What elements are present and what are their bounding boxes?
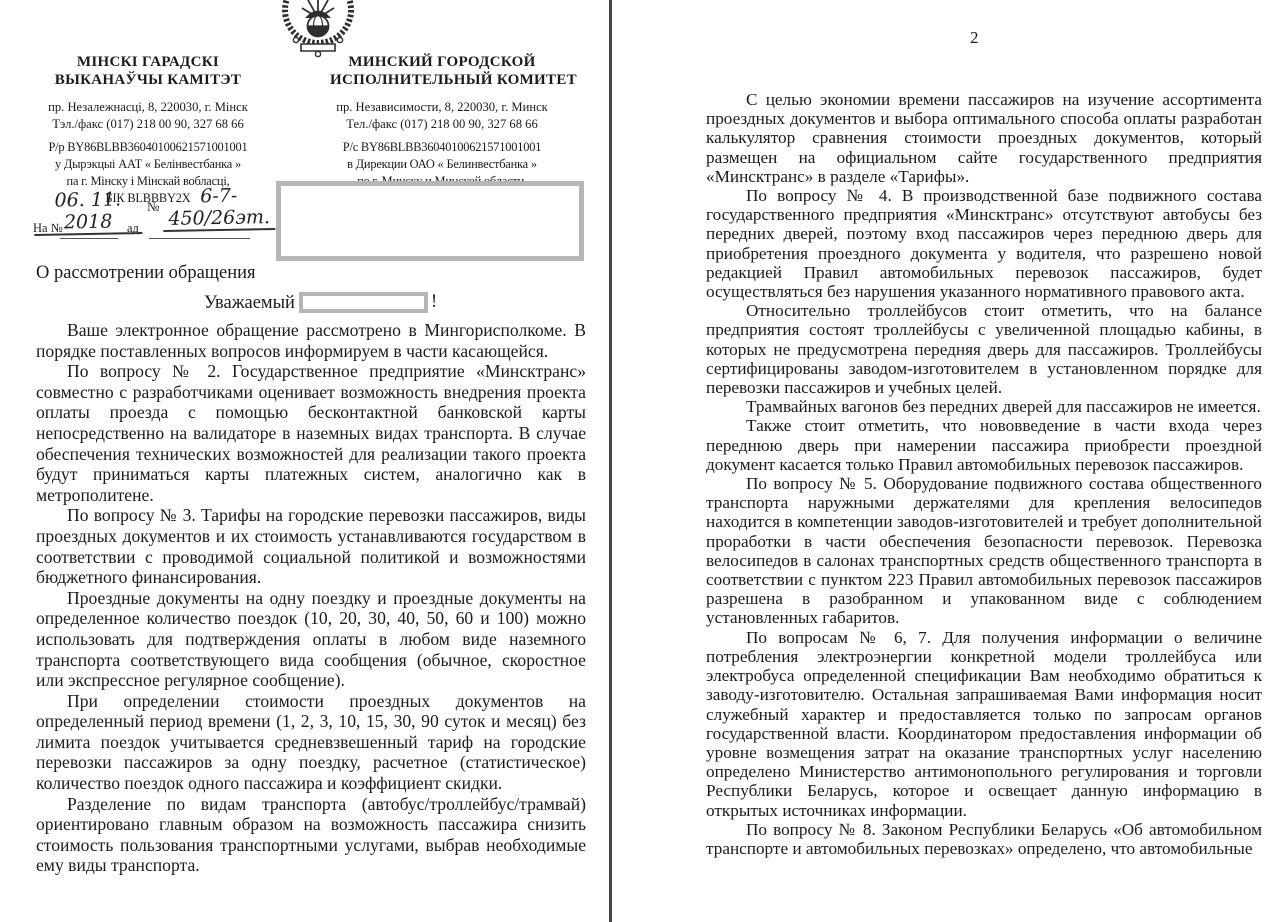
paragraph: Ваше электронное обращение рассмотрено в… [36,320,586,361]
paragraph: По вопросу № 4. В производственной базе … [706,186,1262,301]
paragraph: Трамвайных вагонов без передних дверей д… [706,397,1262,416]
paragraph: По вопросу № 2. Государственное предприя… [36,361,586,505]
letterhead-by-address-line1: пр. Незалежнасці, 8, 220030, г. Мінск [36,99,260,116]
page-number: 2 [970,28,979,48]
page-1: МІНСКІ ГАРАДСКІ ВЫКАНАЎЧЫ КАМІТЭТ пр. Не… [0,0,609,922]
letterhead-by-account-line2: у Дырэкцыі ААТ « Белінвестбанка » [36,156,260,173]
paragraph: Также стоит отметить, что нововведение в… [706,416,1262,474]
scanned-letter: { "document": { "divider_color": "#45454… [0,0,1280,922]
letterhead-ru-title-line2: ИСПОЛНИТЕЛЬНЫЙ КОМИТЕТ [330,72,554,90]
page-2: 2 С целью экономии времени пассажиров на… [612,0,1280,922]
reply-to-number-label: На № [33,221,63,236]
paragraph: При определении стоимости проездных доку… [36,691,586,794]
belarus-state-emblem-icon [279,0,357,58]
page-1-body: Ваше электронное обращение рассмотрено в… [36,320,586,876]
redaction-box-recipient [276,181,584,261]
letterhead-ru-address-line1: пр. Независимости, 8, 220030, г. Минск [330,99,554,116]
reply-date-underline [149,238,250,239]
letterhead-ru-account-line2: в Дирекции ОАО « Белинвестбанка » [330,156,554,173]
paragraph: По вопросам № 6, 7. Для получения информ… [706,628,1262,820]
number-sign: № [147,199,159,215]
paragraph: По вопросу № 8. Законом Республики Белар… [706,820,1262,858]
paragraph: По вопросу № 3. Тарифы на городские пере… [36,505,586,587]
letterhead-by-address-line2: Тэл./факс (017) 218 00 90, 327 68 66 [36,116,260,133]
letterhead-by-title-line2: ВЫКАНАЎЧЫ КАМІТЭТ [36,72,260,90]
paragraph: Проездные документы на одну поездку и пр… [36,588,586,691]
letterhead-ru-address-line2: Тел./факс (017) 218 00 90, 327 68 66 [330,116,554,133]
subject-line: О рассмотрении обращения [36,263,256,284]
paragraph: Относительно троллейбусов стоит отметить… [706,301,1262,397]
paragraph: С целью экономии времени пассажиров на и… [706,90,1262,186]
page-2-body: С целью экономии времени пассажиров на и… [706,90,1262,858]
paragraph: По вопросу № 5. Оборудование подвижного … [706,474,1262,628]
reply-number-underline [60,238,118,239]
letterhead-by-title-line1: МІНСКІ ГАРАДСКІ [36,54,260,72]
letterhead-by-account-line1: Р/р BY86BLBB36040100621571001001 [36,139,260,156]
salutation-exclamation: ! [431,292,437,313]
outgoing-number-handwritten: 6-7-450/26эт. [163,184,276,232]
salutation-text: Уважаемый [204,293,295,314]
redaction-box-name [299,292,428,313]
reply-from-date-label: ад [127,221,139,236]
paragraph: Разделение по видам транспорта (автобус/… [36,794,586,876]
letterhead-ru-title-line1: МИНСКИЙ ГОРОДСКОЙ [330,54,554,72]
letterhead-ru-account-line1: Р/с BY86BLBB36040100621571001001 [330,139,554,156]
